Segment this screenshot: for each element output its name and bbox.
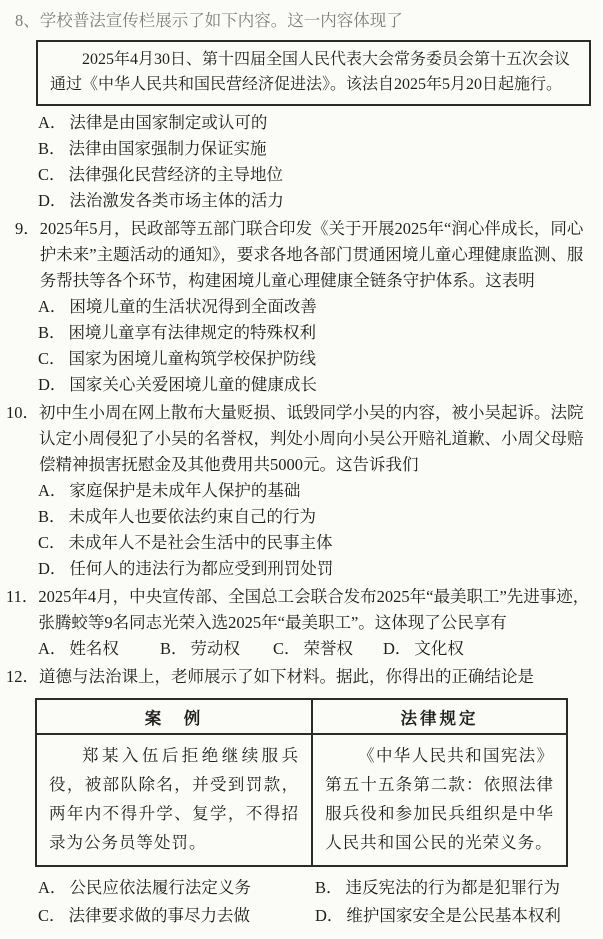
- option-text: 劳动权: [191, 636, 273, 662]
- question-9: 9． 2025年5月，民政部等五部门联合印发《关于开展2025年“润心伴成长，同…: [6, 216, 593, 398]
- option-d: D． 法治激发各类市场主体的活力: [38, 188, 593, 214]
- option-c: C． 国家为困境儿童构筑学校保护防线: [38, 346, 593, 372]
- table-header-row: 案 例 法律规定: [36, 699, 567, 734]
- option-label: C．: [273, 636, 301, 662]
- option-label: D．: [315, 903, 343, 929]
- question-number: 8、: [6, 8, 40, 34]
- law-notice-text: 2025年4月30日、第十四届全国人民代表大会常务委员会第十五次会议通过《中华人…: [50, 47, 577, 97]
- table-header-law: 法律规定: [312, 699, 567, 734]
- question-9-stem-row: 9． 2025年5月，民政部等五部门联合印发《关于开展2025年“润心伴成长，同…: [6, 216, 593, 294]
- option-text: 维护国家安全是公民基本权利: [346, 903, 593, 929]
- question-8-options: A． 法律是由国家制定或认可的 B． 法律由国家强制力保证实施 C． 法律强化民…: [38, 110, 593, 214]
- option-text: 法律要求做的事尽力去做: [69, 903, 315, 929]
- case-cell: 郑某入伍后拒绝继续服兵役，被部队除名，并受到罚款，两年内不得升学、复学，不得招录…: [36, 734, 312, 866]
- option-d: D． 维护国家安全是公民基本权利: [315, 903, 593, 929]
- option-b: B． 违反宪法的行为都是犯罪行为: [315, 875, 593, 901]
- case-law-table: 案 例 法律规定 郑某入伍后拒绝继续服兵役，被部队除名，并受到罚款，两年内不得升…: [35, 698, 568, 867]
- option-label: D．: [383, 636, 411, 662]
- question-number: 11．: [6, 584, 38, 636]
- case-text: 郑某入伍后拒绝继续服兵役，被部队除名，并受到罚款，两年内不得升学、复学，不得招录…: [49, 741, 299, 857]
- option-d: D． 国家关心关爱困境儿童的健康成长: [38, 372, 593, 398]
- option-b: B． 未成年人也要依法约束自己的行为: [38, 504, 593, 530]
- table-body-row: 郑某入伍后拒绝继续服兵役，被部队除名，并受到罚款，两年内不得升学、复学，不得招录…: [36, 734, 567, 866]
- option-label: B．: [315, 875, 343, 901]
- option-a: A． 法律是由国家制定或认可的: [38, 110, 593, 136]
- exam-page: 8、 学校普法宣传栏展示了如下内容。这一内容体现了 2025年4月30日、第十四…: [0, 0, 603, 939]
- question-12-options: A． 公民应依法履行法定义务 B． 违反宪法的行为都是犯罪行为 C． 法律要求做…: [38, 875, 593, 929]
- option-text: 文化权: [414, 636, 593, 662]
- option-text: 未成年人不是社会生活中的民事主体: [69, 530, 593, 556]
- option-text: 困境儿童的生活状况得到全面改善: [69, 294, 593, 320]
- option-label: C．: [38, 162, 66, 188]
- option-c: C． 法律要求做的事尽力去做: [38, 903, 315, 929]
- option-d: D． 任何人的违法行为都应受到刑罚处罚: [38, 556, 593, 582]
- question-12-stem-row: 12． 道德与法治课上，老师展示了如下材料。据此，你得出的正确结论是: [6, 664, 593, 690]
- option-label: A．: [38, 636, 66, 662]
- law-notice-box: 2025年4月30日、第十四届全国人民代表大会常务委员会第十五次会议通过《中华人…: [36, 40, 591, 106]
- question-10-stem-row: 10． 初中生小周在网上散布大量贬损、诋毁同学小吴的内容，被小吴起诉。法院认定小…: [6, 400, 593, 478]
- option-label: C．: [38, 903, 66, 929]
- question-9-options: A． 困境儿童的生活状况得到全面改善 B． 困境儿童享有法律规定的特殊权利 C．…: [38, 294, 593, 398]
- question-stem: 2025年4月，中央宣传部、全国总工会联合发布2025年“最美职工”先进事迹，张…: [38, 584, 593, 636]
- question-8-stem-row: 8、 学校普法宣传栏展示了如下内容。这一内容体现了: [6, 8, 593, 34]
- option-text: 困境儿童享有法律规定的特殊权利: [69, 320, 593, 346]
- option-text: 任何人的违法行为都应受到刑罚处罚: [69, 556, 593, 582]
- option-text: 荣誉权: [304, 636, 383, 662]
- question-8: 8、 学校普法宣传栏展示了如下内容。这一内容体现了 2025年4月30日、第十四…: [6, 8, 593, 214]
- table-header-case: 案 例: [36, 699, 312, 734]
- question-number: 12．: [6, 664, 39, 690]
- option-text: 法律是由国家制定或认可的: [69, 110, 593, 136]
- option-label: D．: [38, 556, 66, 582]
- option-d: D． 文化权: [383, 636, 593, 662]
- option-a: A． 姓名权: [38, 636, 160, 662]
- option-a: A． 困境儿童的生活状况得到全面改善: [38, 294, 593, 320]
- option-text: 未成年人也要依法约束自己的行为: [69, 504, 593, 530]
- option-a: A． 公民应依法履行法定义务: [38, 875, 315, 901]
- option-b: B． 困境儿童享有法律规定的特殊权利: [38, 320, 593, 346]
- question-number: 10．: [6, 400, 39, 478]
- question-10-options: A． 家庭保护是未成年人保护的基础 B． 未成年人也要依法约束自己的行为 C． …: [38, 478, 593, 582]
- question-12: 12． 道德与法治课上，老师展示了如下材料。据此，你得出的正确结论是 案 例 法…: [6, 664, 593, 929]
- law-text: 《中华人民共和国宪法》第五十五条第二款：依照法律服兵役和参加民兵组织是中华人民共…: [325, 741, 554, 857]
- option-label: A．: [38, 875, 66, 901]
- option-label: D．: [38, 372, 66, 398]
- option-text: 国家关心关爱困境儿童的健康成长: [69, 372, 593, 398]
- option-label: B．: [38, 136, 66, 162]
- option-a: A． 家庭保护是未成年人保护的基础: [38, 478, 593, 504]
- question-stem: 学校普法宣传栏展示了如下内容。这一内容体现了: [40, 8, 593, 34]
- option-label: D．: [38, 188, 66, 214]
- question-11-options: A． 姓名权 B． 劳动权 C． 荣誉权 D． 文化权: [38, 636, 593, 662]
- option-label: B．: [38, 320, 66, 346]
- question-number: 9．: [6, 216, 40, 294]
- option-c: C． 未成年人不是社会生活中的民事主体: [38, 530, 593, 556]
- option-label: B．: [38, 504, 66, 530]
- option-label: C．: [38, 530, 66, 556]
- question-stem: 道德与法治课上，老师展示了如下材料。据此，你得出的正确结论是: [39, 664, 593, 690]
- question-11-stem-row: 11． 2025年4月，中央宣传部、全国总工会联合发布2025年“最美职工”先进…: [6, 584, 593, 636]
- option-c: C． 法律强化民营经济的主导地位: [38, 162, 593, 188]
- option-text: 姓名权: [69, 636, 160, 662]
- option-label: C．: [38, 346, 66, 372]
- option-text: 法律强化民营经济的主导地位: [69, 162, 593, 188]
- question-stem: 2025年5月，民政部等五部门联合印发《关于开展2025年“润心伴成长，同心护未…: [40, 216, 593, 294]
- option-text: 国家为困境儿童构筑学校保护防线: [69, 346, 593, 372]
- option-label: A．: [38, 478, 66, 504]
- option-label: B．: [160, 636, 188, 662]
- option-text: 违反宪法的行为都是犯罪行为: [346, 875, 593, 901]
- question-10: 10． 初中生小周在网上散布大量贬损、诋毁同学小吴的内容，被小吴起诉。法院认定小…: [6, 400, 593, 582]
- option-b: B． 劳动权: [160, 636, 273, 662]
- option-label: A．: [38, 294, 66, 320]
- law-cell: 《中华人民共和国宪法》第五十五条第二款：依照法律服兵役和参加民兵组织是中华人民共…: [312, 734, 567, 866]
- option-text: 公民应依法履行法定义务: [69, 875, 315, 901]
- option-text: 法治激发各类市场主体的活力: [69, 188, 593, 214]
- option-c: C． 荣誉权: [273, 636, 383, 662]
- option-label: A．: [38, 110, 66, 136]
- question-stem: 初中生小周在网上散布大量贬损、诋毁同学小吴的内容，被小吴起诉。法院认定小周侵犯了…: [39, 400, 593, 478]
- option-text: 家庭保护是未成年人保护的基础: [69, 478, 593, 504]
- option-b: B． 法律由国家强制力保证实施: [38, 136, 593, 162]
- option-text: 法律由国家强制力保证实施: [69, 136, 593, 162]
- question-11: 11． 2025年4月，中央宣传部、全国总工会联合发布2025年“最美职工”先进…: [6, 584, 593, 662]
